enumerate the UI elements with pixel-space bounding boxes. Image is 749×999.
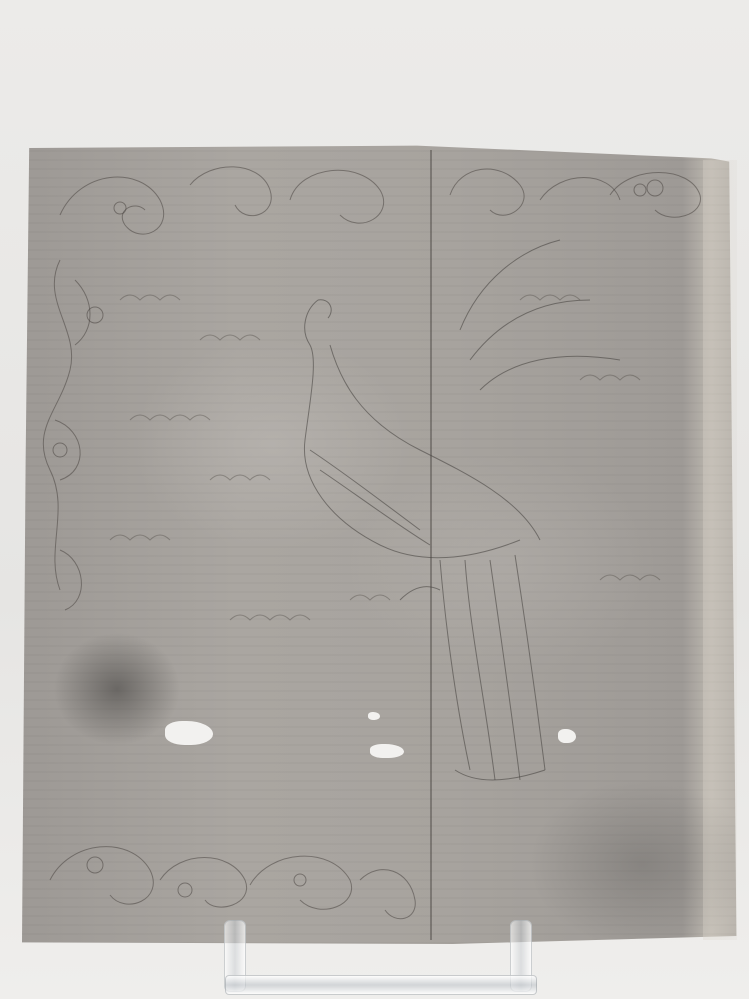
peacock-figure [304, 240, 620, 780]
bottom-scroll-border [50, 847, 415, 919]
acrylic-stand-base [225, 975, 537, 995]
paper-loss-1 [165, 721, 213, 745]
paper-loss-2 [370, 744, 404, 758]
peacock-drawing [0, 0, 749, 999]
photo-scene [0, 0, 749, 999]
cloud-foliage [110, 295, 660, 620]
paper-loss-4 [368, 712, 380, 720]
left-scroll-border [43, 260, 103, 610]
paper-loss-3 [558, 729, 576, 743]
top-scroll-border [60, 167, 700, 234]
